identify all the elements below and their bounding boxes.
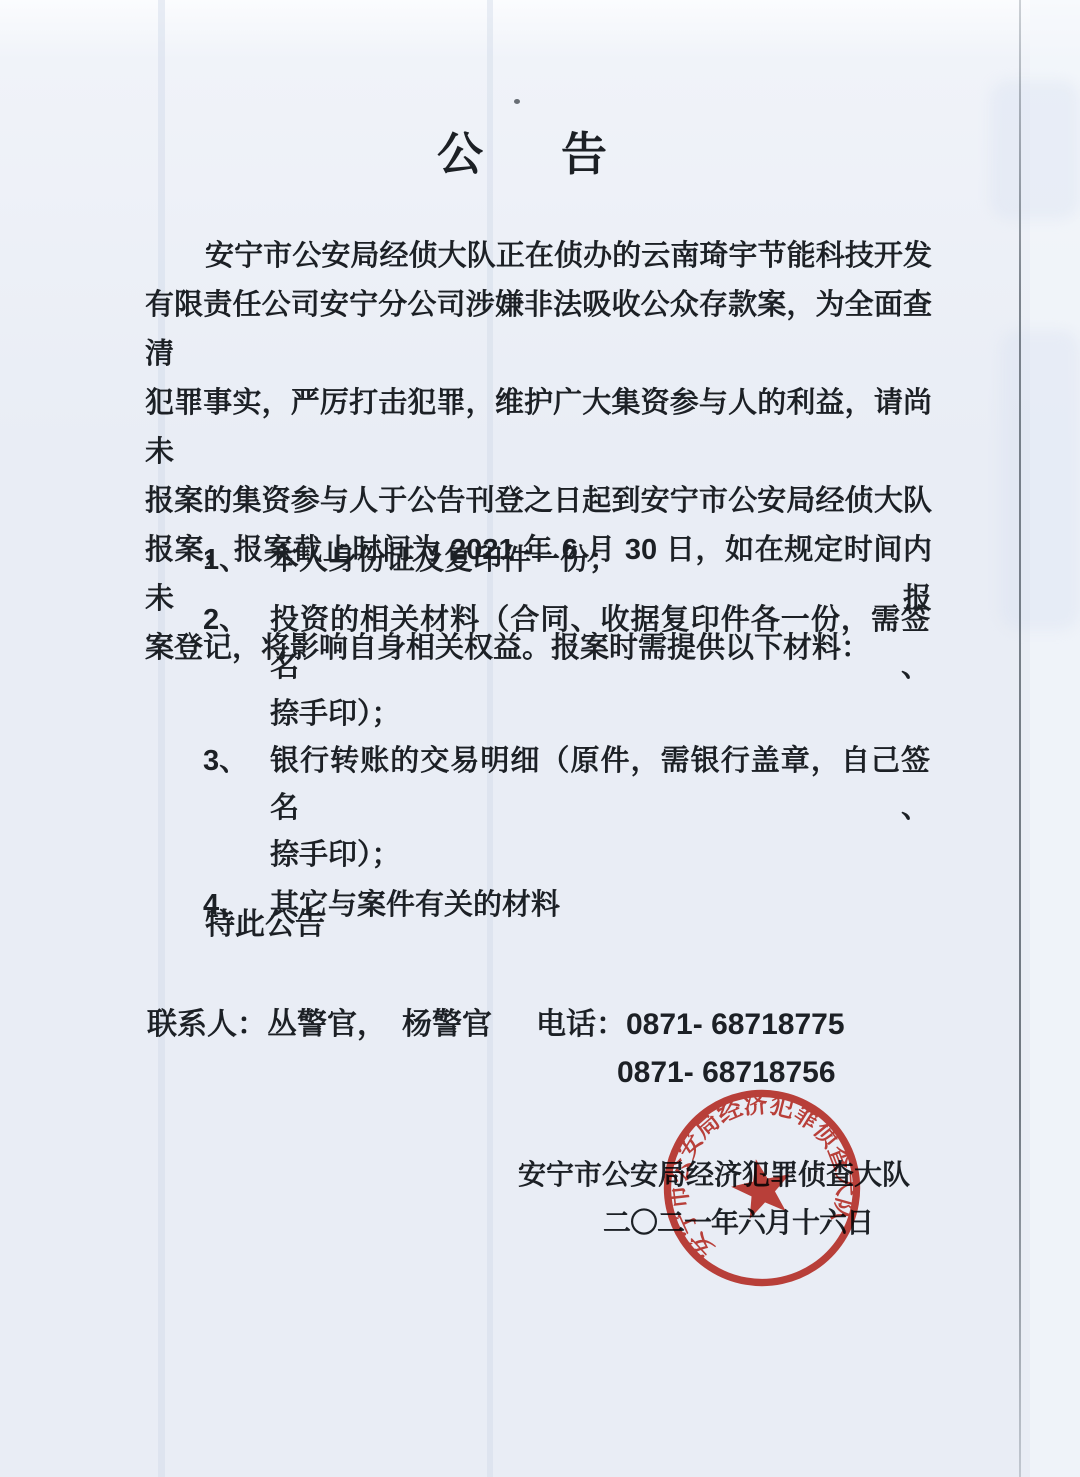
- notice-title: 公 告: [0, 118, 1060, 184]
- contact-names: 联系人：丛警官， 杨警官: [147, 1005, 492, 1045]
- item-line: 捺手印）；: [270, 691, 930, 738]
- materials-list: 1、 本人身份证及复印件一份； 2、 投资的相关材料（合同、收据复印件各一份，需…: [203, 537, 932, 929]
- item-line: 捺手印）；: [270, 832, 930, 879]
- item-number: 1、: [203, 537, 270, 584]
- paragraph-line: 犯罪事实，严厉打击犯罪，维护广大集资参与人的利益，请尚未: [145, 379, 932, 477]
- item-line: 银行转账的交易明细（原件，需银行盖章，自己签名、: [270, 738, 930, 832]
- list-item: 3、 银行转账的交易明细（原件，需银行盖章，自己签名、 捺手印）；: [203, 738, 932, 879]
- closing-text: 特此公告: [205, 905, 325, 945]
- item-number: 2、: [203, 597, 270, 738]
- list-item: 2、 投资的相关材料（合同、收据复印件各一份，需签名、 捺手印）；: [203, 597, 932, 738]
- phone-number-1: 0871- 68718775: [626, 1008, 845, 1041]
- item-line: 投资的相关材料（合同、收据复印件各一份，需签名、: [270, 597, 930, 691]
- scan-streak: [1030, 0, 1080, 1477]
- list-item: 1、 本人身份证及复印件一份；: [203, 537, 932, 584]
- scan-fold-line: [1019, 0, 1021, 1477]
- ink-speck: [514, 99, 520, 104]
- scan-streak: [158, 0, 165, 1477]
- seal-star: [727, 1153, 797, 1221]
- paragraph-line: 报案的集资参与人于公告刊登之日起到安宁市公安局经侦大队: [145, 477, 932, 526]
- paragraph-line: 安宁市公安局经侦大队正在侦办的云南琦宇节能科技开发: [145, 232, 932, 281]
- scan-smudge: [1000, 330, 1080, 630]
- phone-line-1: 电话：0871- 68718775: [536, 1005, 845, 1045]
- scanned-notice-page: 公 告 安宁市公安局经侦大队正在侦办的云南琦宇节能科技开发 有限责任公司安宁分公…: [0, 0, 1080, 1477]
- item-line: 本人身份证及复印件一份；: [270, 537, 930, 584]
- paragraph-line: 有限责任公司安宁分公司涉嫌非法吸收公众存款案，为全面查清: [145, 281, 932, 379]
- phone-label: 电话：: [536, 1008, 626, 1041]
- item-line: 其它与案件有关的材料: [270, 882, 930, 929]
- official-seal: 安宁市公安局经济犯罪侦查大队: [637, 1063, 886, 1312]
- item-number: 3、: [203, 738, 270, 879]
